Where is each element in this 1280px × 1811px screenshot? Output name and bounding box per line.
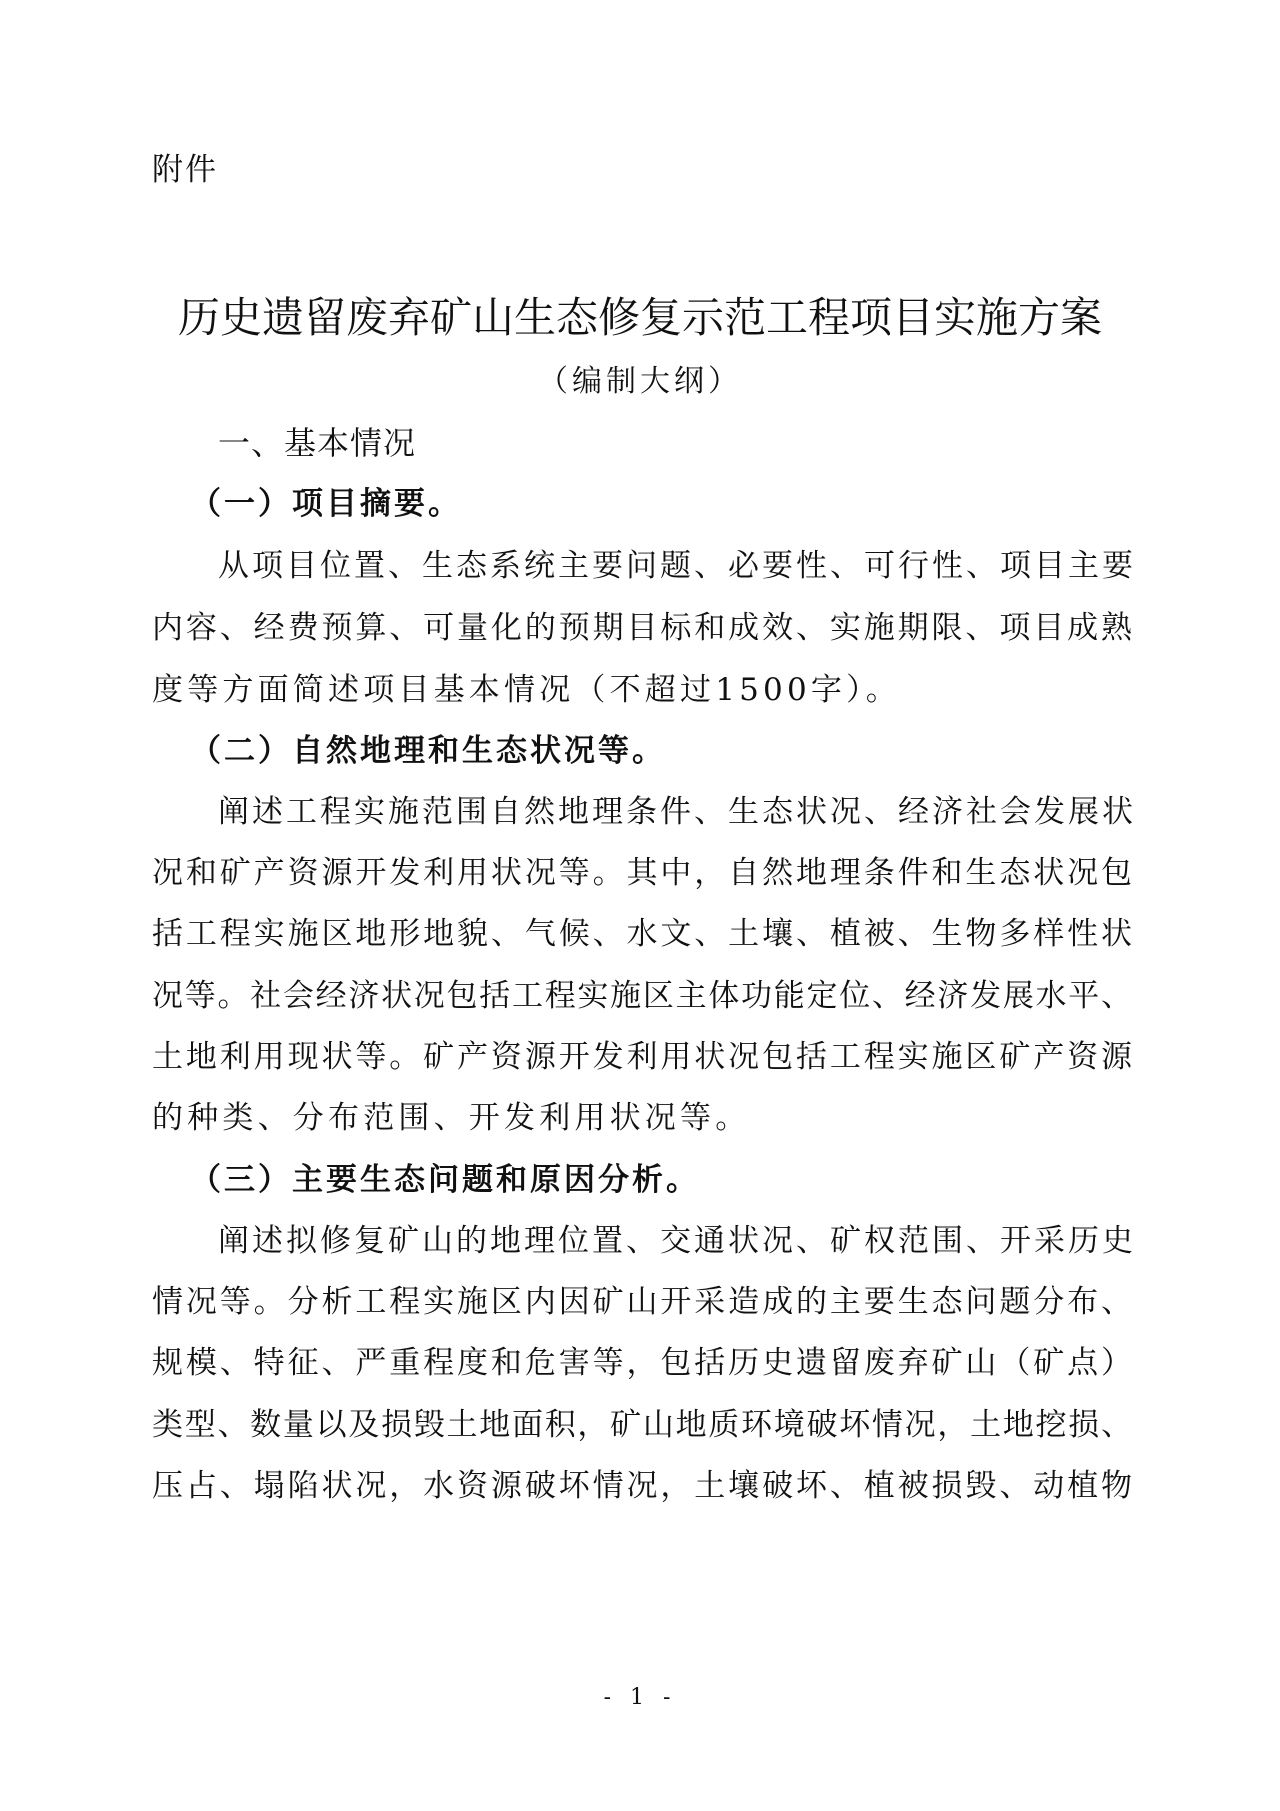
paragraph-line: 情况等。分析工程实施区内因矿山开采造成的主要生态问题分布、: [152, 1282, 1132, 1322]
paragraph-line: 类型、数量以及损毁土地面积，矿山地质环境破坏情况，土地挖损、: [152, 1405, 1132, 1445]
paragraph-line: 括工程实施区地形地貌、气候、水文、土壤、植被、生物多样性状: [152, 914, 1132, 954]
paragraph-line: 况等。社会经济状况包括工程实施区主体功能定位、经济发展水平、: [152, 976, 1132, 1016]
document-page: 附件 历史遗留废弃矿山生态修复示范工程项目实施方案 （编制大纲） 一、基本情况 …: [0, 0, 1280, 1811]
paragraph-line: 况和矿产资源开发利用状况等。其中，自然地理条件和生态状况包: [152, 853, 1132, 893]
subsection-heading: （一）项目摘要。: [190, 484, 1170, 524]
paragraph-line: 压占、塌陷状况，水资源破坏情况，土壤破坏、植被损毁、动植物: [152, 1466, 1132, 1506]
section-heading: 一、基本情况: [218, 423, 1198, 463]
paragraph-line: 度等方面简述项目基本情况（不超过1500字）。: [152, 670, 1132, 710]
subsection-heading: （三）主要生态问题和原因分析。: [190, 1160, 1170, 1200]
document-subtitle: （编制大纲）: [0, 362, 1280, 402]
paragraph-line: 土地利用现状等。矿产资源开发利用状况包括工程实施区矿产资源: [152, 1037, 1132, 1077]
attachment-label: 附件: [152, 150, 218, 190]
paragraph-line: 的种类、分布范围、开发利用状况等。: [152, 1098, 1132, 1138]
page-number: - 1 -: [0, 1683, 1280, 1713]
paragraph-line: 阐述工程实施范围自然地理条件、生态状况、经济社会发展状: [218, 792, 1133, 832]
paragraph-line: 规模、特征、严重程度和危害等，包括历史遗留废弃矿山（矿点）: [152, 1343, 1132, 1383]
paragraph-line: 内容、经费预算、可量化的预期目标和成效、实施期限、项目成熟: [152, 608, 1132, 648]
paragraph-line: 从项目位置、生态系统主要问题、必要性、可行性、项目主要: [218, 546, 1133, 586]
paragraph-line: 阐述拟修复矿山的地理位置、交通状况、矿权范围、开采历史: [218, 1221, 1133, 1261]
subsection-heading: （二）自然地理和生态状况等。: [190, 731, 1170, 771]
document-title: 历史遗留废弃矿山生态修复示范工程项目实施方案: [0, 290, 1280, 346]
